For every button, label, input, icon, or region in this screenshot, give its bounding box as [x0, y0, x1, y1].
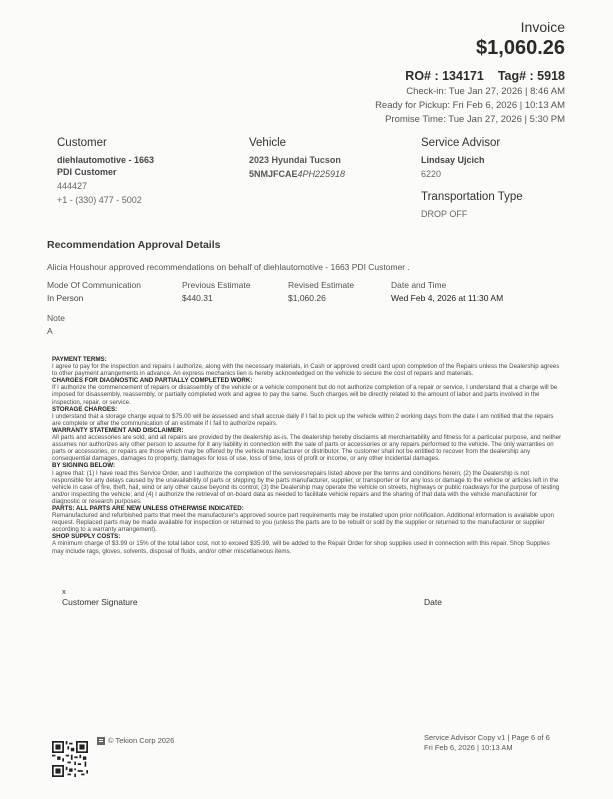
terms-body: All parts and accessories are sold, and …	[52, 434, 562, 462]
copyright: © Tekion Corp 2026	[97, 736, 174, 745]
revised-estimate-label: Revised Estimate	[288, 279, 391, 292]
footer-right: Service Advisor Copy v1 | Page 6 of 6 Fr…	[424, 733, 550, 753]
previous-estimate: Previous Estimate $440.31	[182, 279, 288, 305]
terms-heading: BY SIGNING BELOW:	[52, 462, 562, 469]
terms-heading: PAYMENT TERMS:	[52, 356, 562, 363]
invoice-title: Invoice	[375, 18, 565, 36]
customer-id: 444427	[57, 180, 237, 192]
mode-value: In Person	[47, 292, 182, 305]
vehicle-vin: 5NMJFCAE4PH225918	[249, 168, 409, 180]
vehicle-model: 2023 Hyundai Tucson	[249, 154, 409, 166]
ro-number: RO# : 134171	[405, 69, 484, 83]
terms-body: I agree that: (1) I have read this Servi…	[52, 470, 562, 505]
customer-phone: +1 - (330) 477 - 5002	[57, 194, 237, 206]
ro-tag-line: RO# : 134171Tag# : 5918	[375, 68, 565, 85]
advisor-id: 6220	[421, 168, 601, 180]
recommendation-approval-section: Recommendation Approval Details Alicia H…	[47, 238, 567, 338]
qr-code-icon	[52, 740, 88, 778]
previous-estimate-label: Previous Estimate	[182, 279, 288, 292]
signature-date-label: Date	[424, 597, 442, 607]
vehicle-section: Vehicle 2023 Hyundai Tucson 5NMJFCAE4PH2…	[249, 136, 409, 182]
customer-section: Customer diehlautomotive - 1663 PDI Cust…	[57, 136, 237, 208]
terms-heading: PARTS: ALL PARTS ARE NEW UNLESS OTHERWIS…	[52, 505, 562, 512]
invoice-header: Invoice $1,060.26 RO# : 134171Tag# : 591…	[375, 18, 565, 127]
date-time-value: Wed Feb 4, 2026 at 11:30 AM	[391, 292, 561, 305]
approval-heading: Recommendation Approval Details	[47, 238, 567, 252]
promise-time: Promise Time: Tue Jan 27, 2026 | 5:30 PM	[375, 113, 565, 127]
advisor-name: Lindsay Ujcich	[421, 154, 601, 166]
signature-section: x Customer Signature Date	[62, 587, 502, 607]
vin-prefix: 5NMJFCAE	[249, 169, 298, 179]
note-label: Note	[47, 312, 567, 325]
terms-heading: STORAGE CHARGES:	[52, 406, 562, 413]
vehicle-title: Vehicle	[249, 136, 409, 151]
copy-page-info: Service Advisor Copy v1 | Page 6 of 6	[424, 733, 550, 743]
tekion-logo-icon	[97, 737, 105, 745]
tag-number: Tag# : 5918	[498, 69, 565, 83]
transportation-type-value: DROP OFF	[421, 208, 601, 220]
terms-heading: SHOP SUPPLY COSTS:	[52, 533, 562, 540]
terms-heading: CHARGES FOR DIAGNOSTIC AND PARTIALLY COM…	[52, 377, 562, 384]
terms-body: A minimum charge of $3.99 or 15% of the …	[52, 540, 562, 554]
customer-name-line1: diehlautomotive - 1663	[57, 154, 237, 166]
approval-details-grid: Mode Of Communication In Person Previous…	[47, 279, 567, 305]
terms-heading: WARRANTY STATEMENT AND DISCLAIMER:	[52, 427, 562, 434]
revised-estimate: Revised Estimate $1,060.26	[288, 279, 391, 305]
signature-x-mark: x	[62, 587, 502, 597]
note-value: A	[47, 325, 567, 338]
terms-body: Remanufactured and refurbished parts tha…	[52, 512, 562, 533]
ready-for-pickup-time: Ready for Pickup: Fri Feb 6, 2026 | 10:1…	[375, 99, 565, 113]
printed-timestamp: Fri Feb 6, 2026 | 10:13 AM	[424, 743, 550, 753]
transportation-type-title: Transportation Type	[421, 190, 601, 205]
approval-note: Note A	[47, 312, 567, 338]
terms-and-conditions: PAYMENT TERMS: I agree to pay for the in…	[52, 356, 562, 555]
invoice-total: $1,060.26	[375, 36, 565, 60]
terms-body: If I authorize the commencement of repai…	[52, 384, 562, 405]
approval-description: Alicia Houshour approved recommendations…	[47, 261, 567, 273]
mode-of-communication: Mode Of Communication In Person	[47, 279, 182, 305]
customer-name-line2: PDI Customer	[57, 166, 237, 178]
mode-label: Mode Of Communication	[47, 279, 182, 292]
date-time-label: Date and Time	[391, 279, 561, 292]
approval-date-time: Date and Time Wed Feb 4, 2026 at 11:30 A…	[391, 279, 561, 305]
copyright-text: © Tekion Corp 2026	[108, 736, 174, 745]
vin-suffix: 4PH225918	[298, 169, 346, 179]
customer-title: Customer	[57, 136, 237, 151]
terms-body: I agree to pay for the inspection and re…	[52, 363, 562, 377]
previous-estimate-value: $440.31	[182, 292, 288, 305]
terms-body: I understand that a storage charge equal…	[52, 413, 562, 427]
check-in-time: Check-in: Tue Jan 27, 2026 | 8:46 AM	[375, 85, 565, 99]
revised-estimate-value: $1,060.26	[288, 292, 391, 305]
service-advisor-section: Service Advisor Lindsay Ujcich 6220 Tran…	[421, 136, 601, 222]
advisor-title: Service Advisor	[421, 136, 601, 151]
